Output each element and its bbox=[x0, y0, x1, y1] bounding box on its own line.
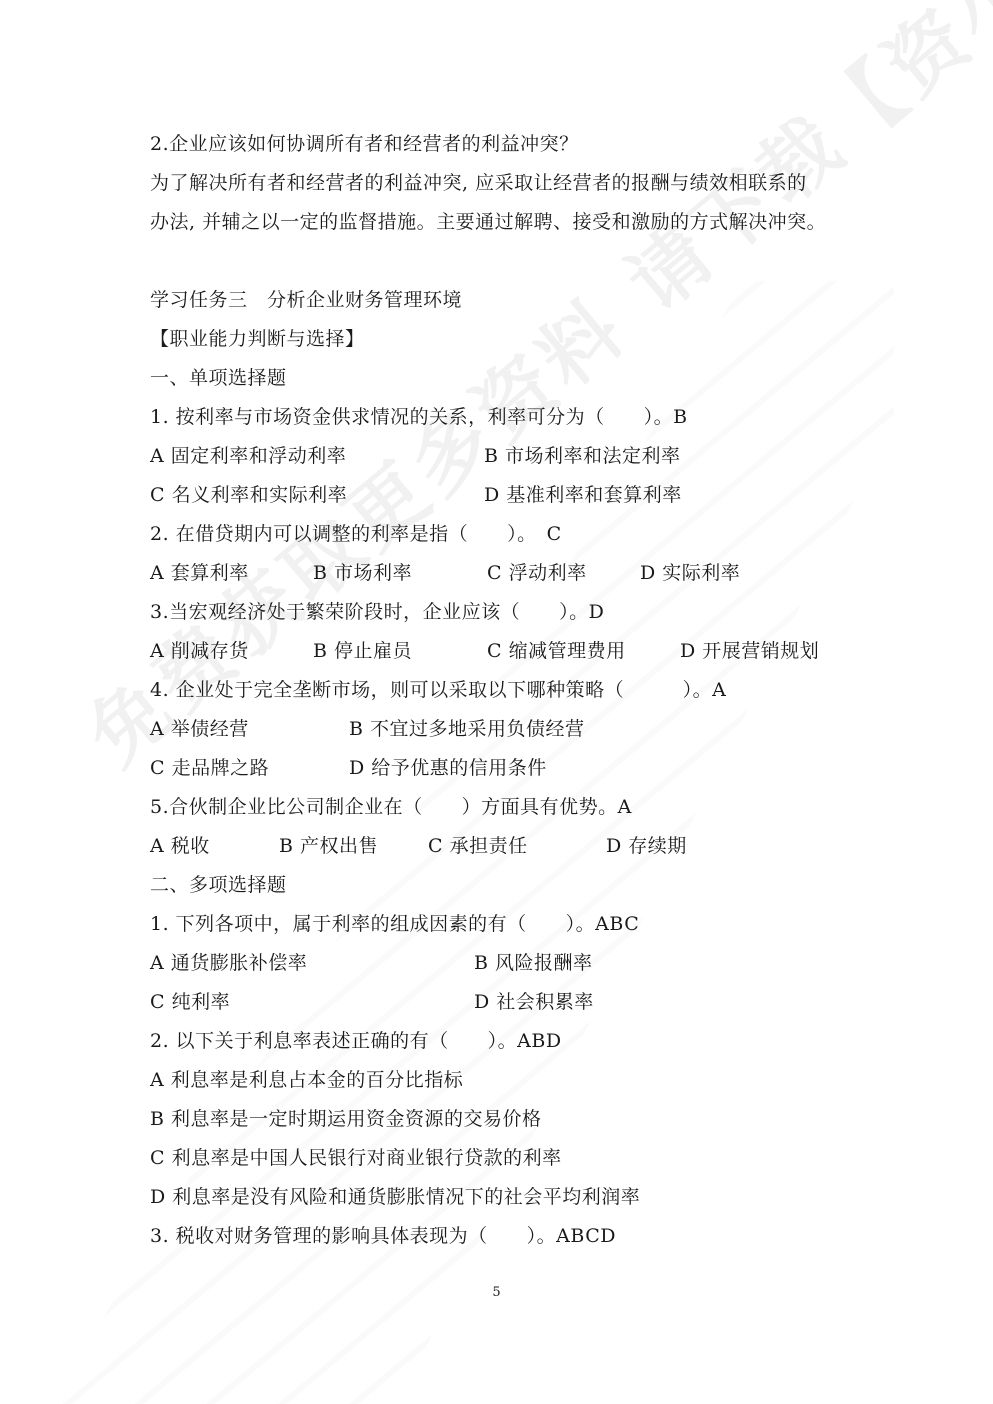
option: C 走品牌之路 bbox=[150, 756, 269, 780]
option: A 套算利率 bbox=[150, 561, 249, 585]
option: D 基准利率和套算利率 bbox=[484, 483, 682, 507]
option: A 削减存货 bbox=[150, 639, 249, 663]
option: C 名义利率和实际利率 bbox=[150, 483, 347, 507]
option: B 市场利率 bbox=[313, 561, 412, 585]
option: B 产权出售 bbox=[279, 834, 378, 858]
option: A 税收 bbox=[150, 834, 210, 858]
page-number: 5 bbox=[0, 1285, 993, 1300]
answer-text: 为了解决所有者和经营者的利益冲突, 应采取让经营者的报酬与绩效相联系的 bbox=[150, 171, 807, 195]
option: B 停止雇员 bbox=[313, 639, 412, 663]
option: D 社会积累率 bbox=[474, 990, 594, 1014]
answer-text: 办法, 并辅之以一定的监督措施。主要通过解聘、接受和激励的方式解决冲突。 bbox=[150, 210, 826, 234]
option: B 利息率是一定时期运用资金资源的交易价格 bbox=[150, 1107, 542, 1131]
option: B 市场利率和法定利率 bbox=[484, 444, 681, 468]
question-heading: 2.企业应该如何协调所有者和经营者的利益冲突？ bbox=[150, 132, 579, 156]
question-stem: 1. 按利率与市场资金供求情况的关系，利率可分为（ ）。B bbox=[150, 405, 688, 429]
question-stem: 5.合伙制企业比公司制企业在（ ）方面具有优势。A bbox=[150, 795, 632, 819]
question-stem: 1. 下列各项中，属于利率的组成因素的有（ ）。ABC bbox=[150, 912, 639, 936]
option: B 不宜过多地采用负债经营 bbox=[349, 717, 585, 741]
option: C 利息率是中国人民银行对商业银行贷款的利率 bbox=[150, 1146, 562, 1170]
multi-choice-heading: 二、多项选择题 bbox=[150, 873, 287, 897]
option: A 举债经营 bbox=[150, 717, 249, 741]
question-stem: 2. 以下关于利息率表述正确的有（ ）。ABD bbox=[150, 1029, 562, 1053]
task-title: 学习任务三 分析企业财务管理环境 bbox=[150, 288, 462, 312]
option: D 开展营销规划 bbox=[680, 639, 819, 663]
option: D 实际利率 bbox=[640, 561, 740, 585]
option: C 缩减管理费用 bbox=[487, 639, 626, 663]
option: D 利息率是没有风险和通货膨胀情况下的社会平均利润率 bbox=[150, 1185, 640, 1209]
section-heading: 【职业能力判断与选择】 bbox=[150, 327, 365, 351]
option: C 承担责任 bbox=[428, 834, 528, 858]
question-stem: 3. 税收对财务管理的影响具体表现为（ ）。ABCD bbox=[150, 1224, 616, 1248]
option: D 给予优惠的信用条件 bbox=[349, 756, 547, 780]
option: B 风险报酬率 bbox=[474, 951, 593, 975]
option: A 固定利率和浮动利率 bbox=[150, 444, 346, 468]
question-stem: 3.当宏观经济处于繁荣阶段时，企业应该（ ）。D bbox=[150, 600, 604, 624]
option: C 浮动利率 bbox=[487, 561, 587, 585]
single-choice-heading: 一、单项选择题 bbox=[150, 366, 287, 390]
question-stem: 2. 在借贷期内可以调整的利率是指（ ）。 C bbox=[150, 522, 562, 546]
option: D 存续期 bbox=[606, 834, 687, 858]
option: C 纯利率 bbox=[150, 990, 230, 1014]
option: A 通货膨胀补偿率 bbox=[150, 951, 307, 975]
question-stem: 4. 企业处于完全垄断市场，则可以采取以下哪种策略（ ）。A bbox=[150, 678, 726, 702]
option: A 利息率是利息占本金的百分比指标 bbox=[150, 1068, 463, 1092]
